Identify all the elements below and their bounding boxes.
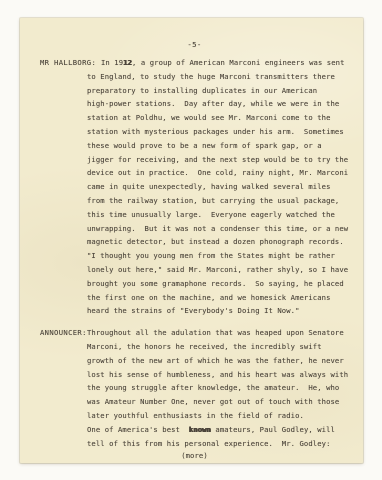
text-line: Throughout all the adulation that was he… xyxy=(87,326,349,340)
speaker-label: ANNOUNCER: xyxy=(40,326,87,340)
text-line: growth of the new art of which he was th… xyxy=(87,354,349,368)
text-line: station with mysterious packages under h… xyxy=(87,125,349,139)
text-line: later youthful enthusiasts in the field … xyxy=(87,409,349,423)
text-line: to England, to study the huge Marconi tr… xyxy=(87,70,349,84)
speech-text: Throughout all the adulation that was he… xyxy=(87,326,349,450)
text-line: magnetic detector, but instead a dozen p… xyxy=(87,235,349,249)
text-line: lost his sense of humbleness, and his he… xyxy=(87,368,349,382)
text-line: the young struggle after knowledge, the … xyxy=(87,381,349,395)
text-line: "I thought you young men from the States… xyxy=(87,249,349,263)
text-line: tell of this from his personal experienc… xyxy=(87,437,349,451)
typewritten-script-page: -5- MR HALLBORG:In 1912, a group of Amer… xyxy=(20,18,363,463)
text-line: device out in practice. One cold, rainy … xyxy=(87,166,349,180)
text-line: station at Poldhu, we would see Mr. Marc… xyxy=(87,111,349,125)
text-line: came in quite unexpectedly, having walke… xyxy=(87,180,349,194)
text-line: this time unusually large. Everyone eage… xyxy=(87,208,349,222)
overtyped-text: 12 xyxy=(123,58,132,67)
text-line: lonely out here," said Mr. Marconi, rath… xyxy=(87,263,349,277)
text-line: heard the strains of "Everybody's Doing … xyxy=(87,304,349,318)
text-line: was Amateur Number One, never got out of… xyxy=(87,395,349,409)
text-line: from the railway station, but carrying t… xyxy=(87,194,349,208)
text-line: One of America's best known amateurs, Pa… xyxy=(87,423,349,437)
text-line: jigger for receiving, and the next step … xyxy=(87,153,349,167)
script-sections: MR HALLBORG:In 1912, a group of American… xyxy=(40,56,349,450)
text-line: Marconi, the honors he received, the inc… xyxy=(87,340,349,354)
text-line: high-power stations. Day after day, whil… xyxy=(87,97,349,111)
script-section-1: MR HALLBORG:In 1912, a group of American… xyxy=(40,56,349,318)
text-line: In 1912, a group of American Marconi eng… xyxy=(87,56,349,70)
text-line: unwrapping. But it was not a condenser t… xyxy=(87,222,349,236)
text-line: preparatory to installing duplicates in … xyxy=(87,84,349,98)
speech-text: In 1912, a group of American Marconi eng… xyxy=(87,56,349,318)
script-section-2: ANNOUNCER:Throughout all the adulation t… xyxy=(40,326,349,450)
page-number: -5- xyxy=(40,38,349,52)
speaker-label: MR HALLBORG: xyxy=(40,56,96,70)
text-line: brought you some gramaphone records. So … xyxy=(87,277,349,291)
more-indicator: (more) xyxy=(40,450,349,462)
text-line: these would prove to be a new form of sp… xyxy=(87,139,349,153)
overtyped-text: known xyxy=(189,425,211,434)
text-line: the first one on the machine, and we hom… xyxy=(87,291,349,305)
